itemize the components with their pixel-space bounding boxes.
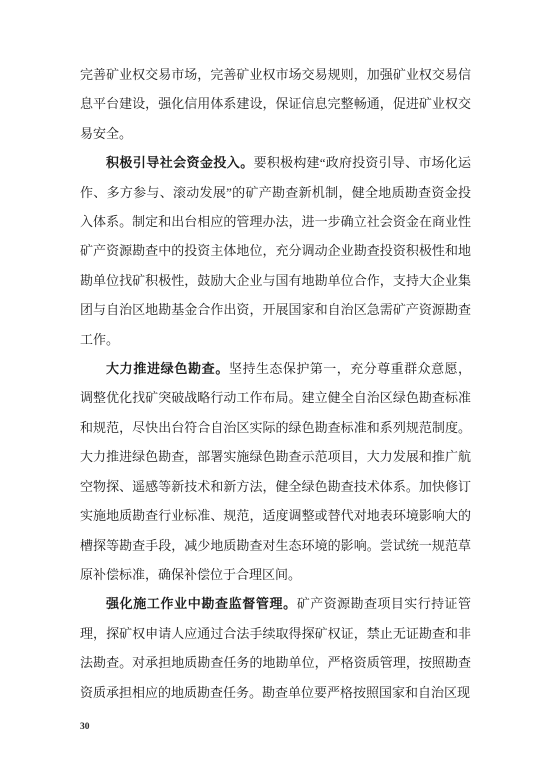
page-body-text: 完善矿业权交易市场，完善矿业权市场交易规则，加强矿业权交易信息平台建设，强化信用… (80, 60, 471, 707)
paragraph-lead: 强化施工作业中勘查监督管理。 (106, 596, 297, 611)
paragraph-text: 要积极构建“政府投资引导、市场化运作、多方参与、滚动发展”的矿产勘查新机制，健全… (80, 155, 471, 346)
paragraph: 强化施工作业中勘查监督管理。矿产资源勘查项目实行持证管理，探矿权申请人应通过合法… (80, 589, 471, 707)
paragraph-text: 坚持生态保护第一，充分尊重群众意愿，调整优化找矿突破战略行动工作布局。建立健全自… (80, 361, 471, 582)
paragraph: 积极引导社会资金投入。要积极构建“政府投资引导、市场化运作、多方参与、滚动发展”… (80, 148, 471, 354)
paragraph-lead: 积极引导社会资金投入。 (106, 155, 254, 170)
paragraph: 完善矿业权交易市场，完善矿业权市场交易规则，加强矿业权交易信息平台建设，强化信用… (80, 60, 471, 148)
document-page: 完善矿业权交易市场，完善矿业权市场交易规则，加强矿业权交易信息平台建设，强化信用… (0, 0, 550, 779)
paragraph: 大力推进绿色勘查。坚持生态保护第一，充分尊重群众意愿，调整优化找矿突破战略行动工… (80, 354, 471, 589)
paragraph-text: 矿产资源勘查项目实行持证管理，探矿权申请人应通过合法手续取得探矿权证，禁止无证勘… (80, 596, 471, 699)
paragraph-lead: 大力推进绿色勘查。 (106, 361, 229, 376)
paragraph-text: 完善矿业权交易市场，完善矿业权市场交易规则，加强矿业权交易信息平台建设，强化信用… (80, 67, 471, 141)
page-number: 30 (80, 722, 90, 732)
